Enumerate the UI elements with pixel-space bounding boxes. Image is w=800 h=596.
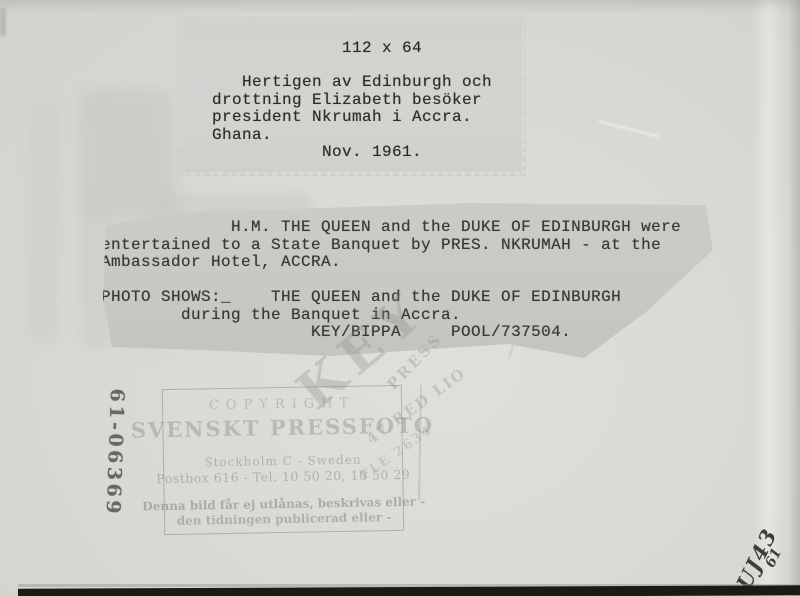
- stamp-notice: den tidningen publicerad eller -: [177, 510, 392, 528]
- size-caption-label: 112 x 64 Hertigen av Edinburgh och drott…: [176, 16, 526, 176]
- copyright-stamp: COPYRIGHT SVENSKT PRESSFOTO Stockholm C …: [162, 385, 405, 535]
- photo-dimensions: 112 x 64: [342, 40, 422, 58]
- swedish-caption: Hertigen av Edinburgh och drottning Eliz…: [212, 74, 492, 162]
- scratch-mark: [599, 121, 660, 138]
- archive-id-stamp: 61-06369: [101, 388, 128, 541]
- edge-shadow: [788, 0, 800, 596]
- pinked-paper: 112 x 64 Hertigen av Edinburgh och drott…: [176, 16, 526, 176]
- edge-shadow: [0, 0, 800, 14]
- edge-highlight: [760, 0, 778, 596]
- photo-verso: 112 x 64 Hertigen av Edinburgh och drott…: [0, 0, 800, 596]
- stamp-address: Stockholm C - Sweden: [204, 453, 361, 470]
- glue-stain: [28, 100, 58, 345]
